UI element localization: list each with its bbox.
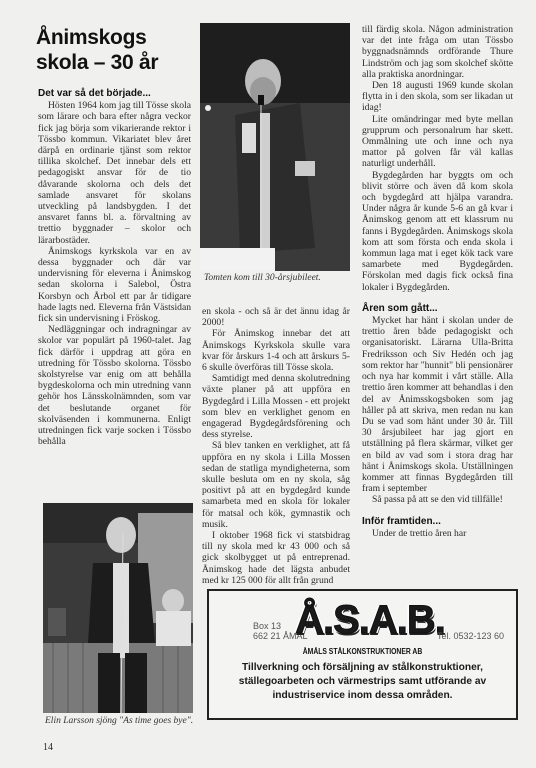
paragraph: Lite omändringar med byte mellan gruppru…: [362, 114, 513, 170]
ad-desc-line: ställegoarbeten och värmestrips samt utf…: [209, 675, 516, 689]
ad-desc-line: industriservice inom dessa områden.: [209, 689, 516, 703]
section-heading: Inför framtiden...: [362, 516, 513, 527]
ad-description: Tillverkning och försäljning av stålkons…: [209, 661, 516, 703]
section-heading: Åren som gått...: [362, 303, 513, 314]
ad-company-name: ÅMÅLS STÅLKONSTRUKTIONER AB: [232, 647, 493, 656]
paragraph: Samtidigt med denna skolutredning växte …: [202, 373, 350, 440]
paragraph: Hösten 1964 kom jag till Tösse skola som…: [38, 100, 191, 246]
section-heading: Det var så det började...: [38, 88, 191, 99]
paragraph: Bygdegården har byggts om och blivit stö…: [362, 170, 513, 293]
column-2: en skola - och så är det ännu idag år 20…: [202, 306, 350, 586]
article-title: Ånimskogs skola – 30 år: [36, 25, 158, 75]
column-1: Det var så det började... Hösten 1964 ko…: [38, 88, 191, 448]
paragraph: en skola - och så är det ännu idag år 20…: [202, 306, 350, 328]
paragraph: Så blev tanken en verklighet, att få upp…: [202, 440, 350, 530]
singer-photo-icon: [43, 503, 193, 713]
title-line-2: skola – 30 år: [36, 50, 158, 75]
paragraph: I oktober 1968 fick vi statsbidrag till …: [202, 530, 350, 586]
paragraph: Den 18 augusti 1969 kunde skolan flytta …: [362, 80, 513, 114]
paragraph: För Ånimskog innebar det att Ånimskogs K…: [202, 328, 350, 373]
paragraph: Ånimskogs kyrkskola var en av dessa bygg…: [38, 246, 191, 324]
santa-photo-icon: [200, 23, 350, 271]
paragraph: Så passa på att se den vid tillfälle!: [362, 494, 513, 505]
asab-logo: Å.S.A.B.: [309, 597, 431, 643]
paragraph: Mycket har hänt i skolan under de tretti…: [362, 315, 513, 494]
paragraph: till färdig skola. Någon administration …: [362, 24, 513, 80]
ad-telephone: Tel. 0532-123 60: [437, 631, 504, 641]
photo-caption-singer: Elin Larsson sjöng "As time goes bye".: [45, 716, 193, 726]
advertisement-asab: Box 13 662 21 ÅMÅL Å.S.A.B. Tel. 0532-12…: [207, 589, 518, 720]
column-3: till färdig skola. Någon administration …: [362, 24, 513, 539]
paragraph: Nedläggningar och indragningar av skolor…: [38, 324, 191, 447]
photo-santa: [200, 23, 350, 271]
photo-caption-santa: Tomten kom till 30-årsjubileet.: [204, 273, 321, 283]
title-line-1: Ånimskogs: [36, 25, 158, 50]
photo-singer: [43, 503, 193, 713]
ad-desc-line: Tillverkning och försäljning av stålkons…: [209, 661, 516, 675]
page-number: 14: [43, 742, 53, 753]
paragraph: Under de trettio åren har: [362, 528, 513, 539]
